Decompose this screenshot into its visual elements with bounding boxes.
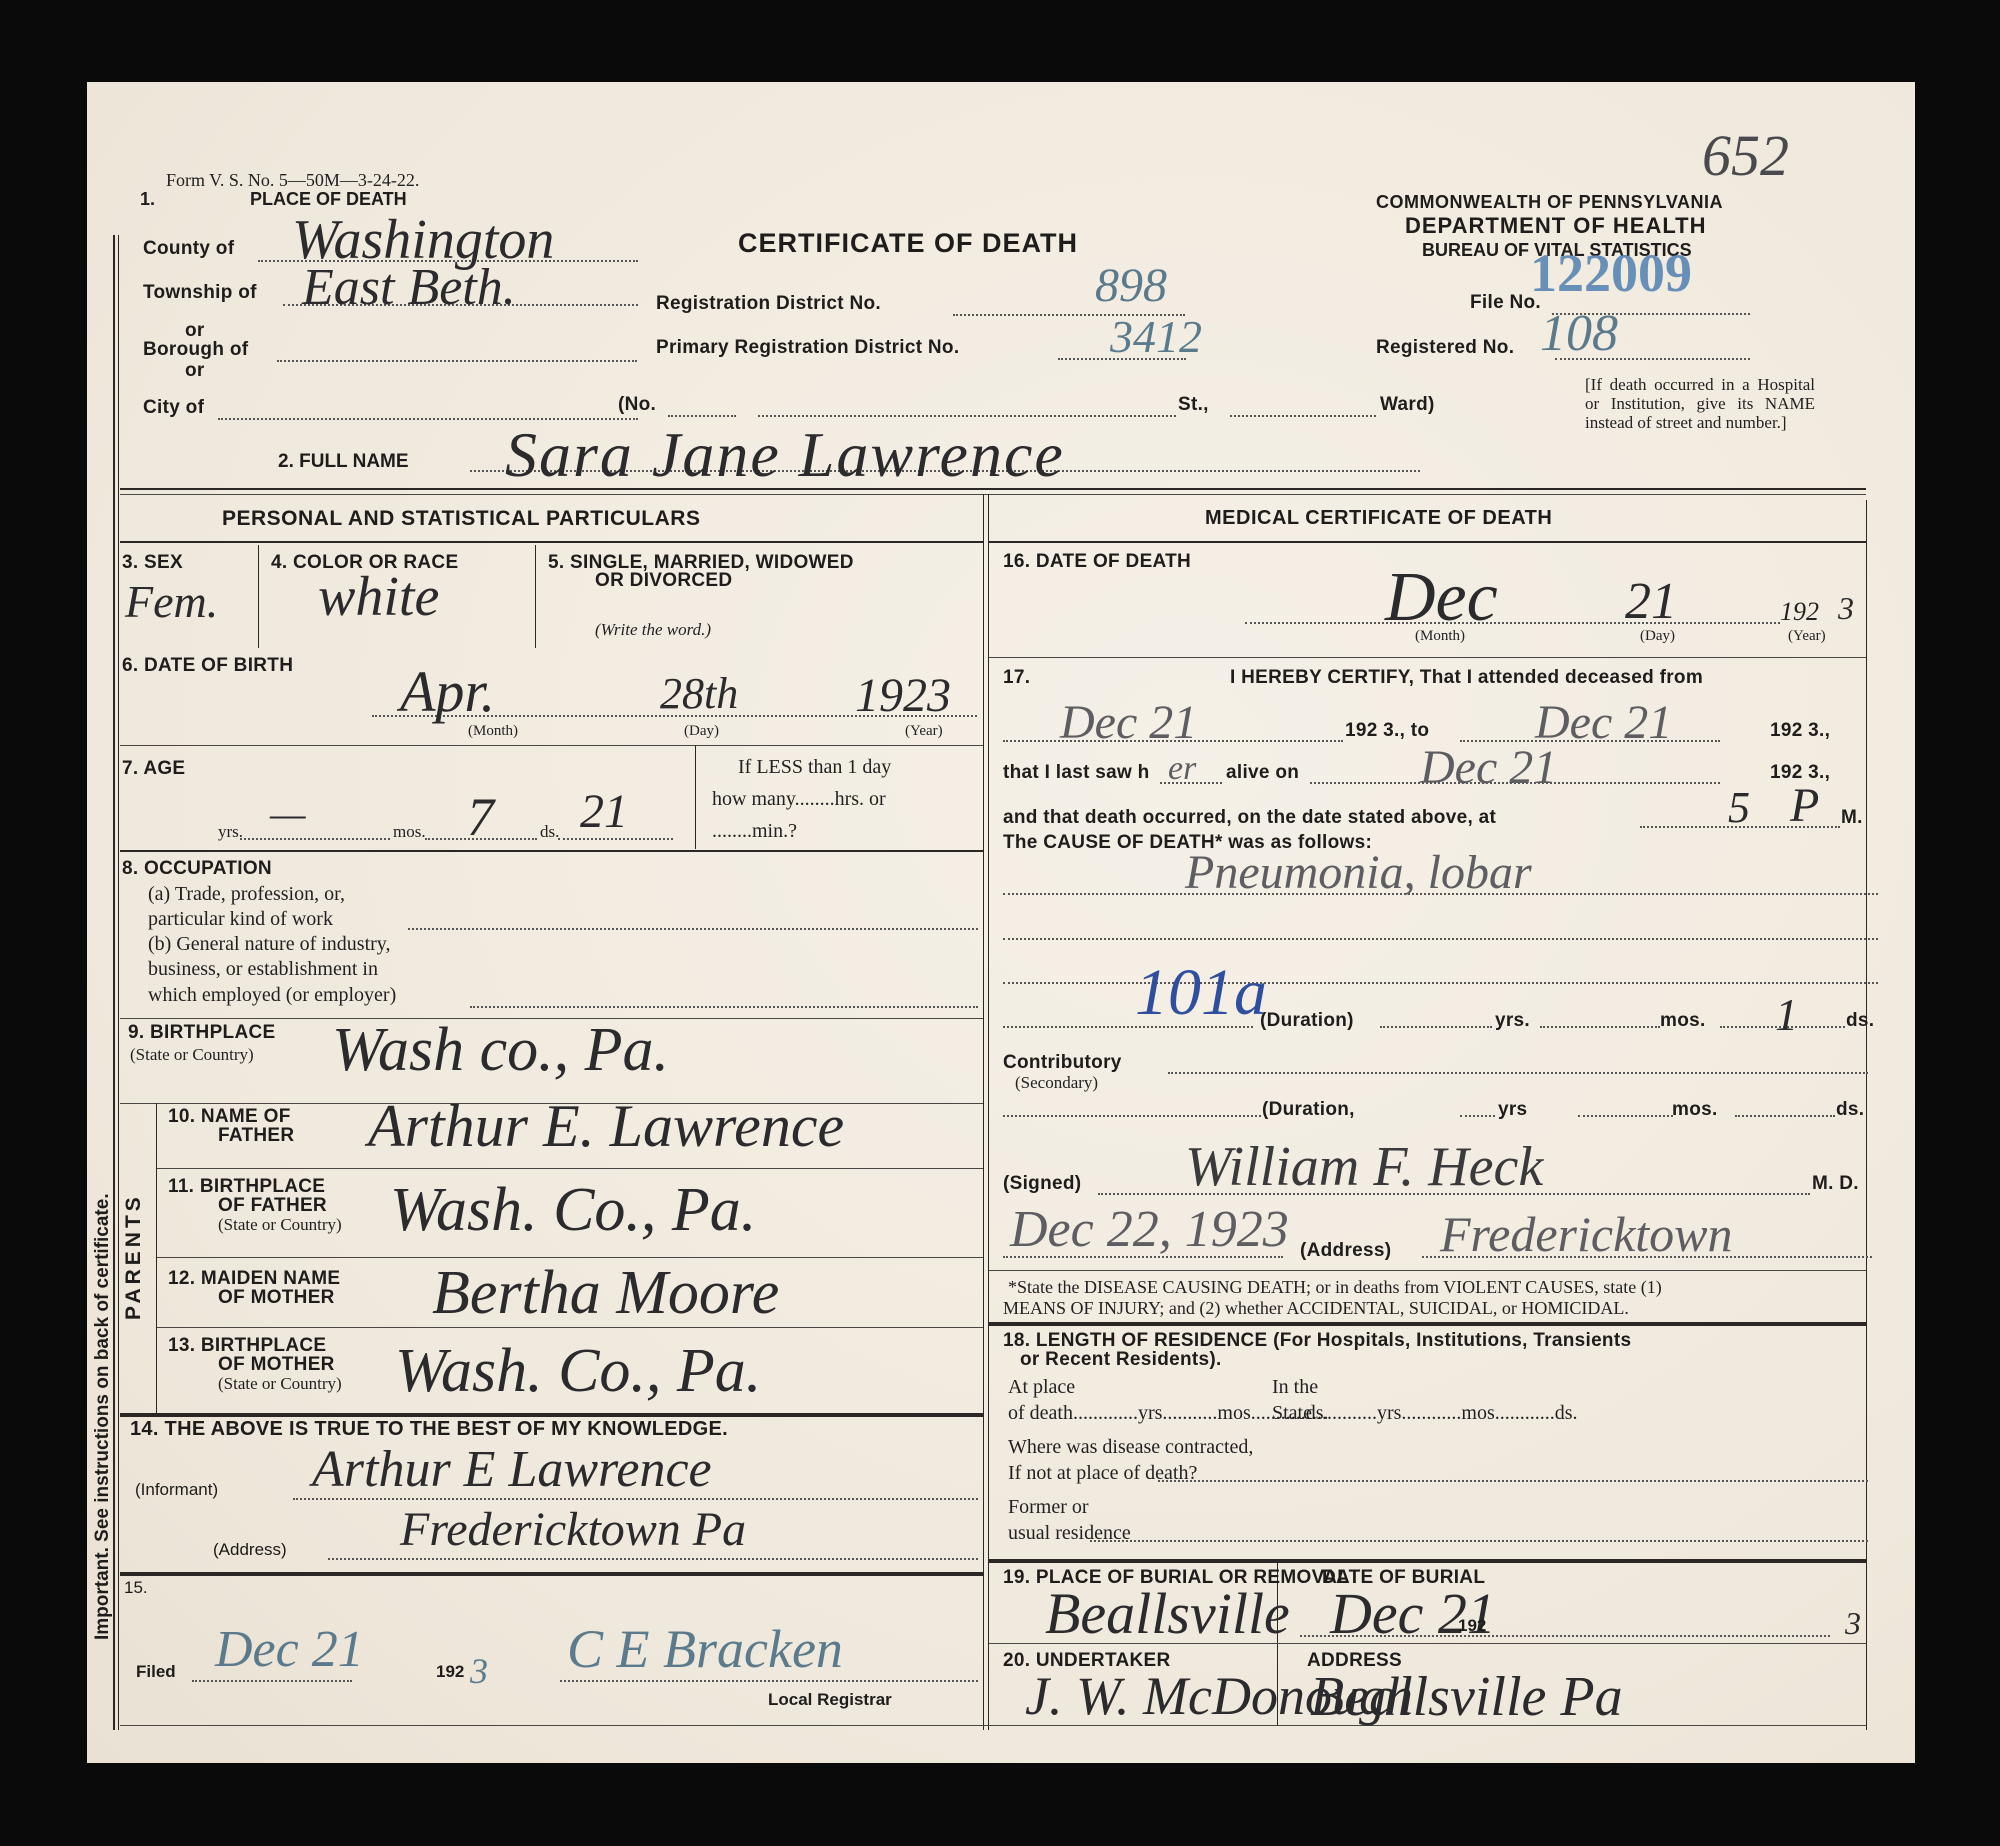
race-divider bbox=[535, 545, 536, 648]
less-than-day-text-1: If LESS than 1 day bbox=[738, 756, 891, 779]
hospital-note: [If death occurred in a Hospital or Inst… bbox=[1585, 375, 1815, 432]
sex-value[interactable]: Fem. bbox=[125, 575, 218, 628]
sign-address[interactable]: Fredericktown bbox=[1440, 1205, 1733, 1263]
age-ds-label: ds. bbox=[540, 822, 559, 842]
personal-heading-rule bbox=[120, 541, 983, 543]
cause-code: 101a bbox=[1135, 955, 1267, 1031]
age-divider bbox=[695, 745, 696, 849]
left-border-inner bbox=[118, 235, 119, 1730]
filed-date-value[interactable]: Dec 21 bbox=[215, 1620, 364, 1679]
in-state-label-2[interactable]: State.............yrs............mos....… bbox=[1272, 1402, 1578, 1425]
marital-label-2: OR DIVORCED bbox=[595, 570, 732, 592]
street-no-label: (No. bbox=[618, 394, 656, 416]
contributory-sub-label: (Secondary) bbox=[1015, 1073, 1098, 1093]
right-border bbox=[1866, 500, 1867, 1730]
father-name-rule bbox=[157, 1168, 983, 1169]
personal-heading: PERSONAL AND STATISTICAL PARTICULARS bbox=[222, 507, 700, 531]
age-mos-value[interactable]: 7 bbox=[467, 786, 494, 848]
age-yrs-line bbox=[240, 838, 390, 840]
contracted-field[interactable] bbox=[1158, 1480, 1868, 1482]
medical-heading-rule bbox=[989, 541, 1866, 543]
column-divider-2 bbox=[988, 494, 989, 1730]
death-time-hour[interactable]: 5 bbox=[1728, 782, 1750, 833]
contributory-label: Contributory bbox=[1003, 1052, 1122, 1074]
file-number-stamp: 122009 bbox=[1530, 242, 1692, 304]
parents-divider bbox=[156, 1103, 157, 1413]
page-number-annotation: 652 bbox=[1702, 122, 1789, 189]
informant-address-label: (Address) bbox=[213, 1540, 287, 1560]
burial-year-suffix[interactable]: 3 bbox=[1845, 1605, 1861, 1642]
full-name-label: 2. FULL NAME bbox=[278, 451, 409, 473]
duration-mos-line bbox=[1540, 1026, 1660, 1028]
filed-date-line bbox=[192, 1680, 352, 1682]
duration2-mos-line bbox=[1578, 1115, 1673, 1117]
former-residence-field[interactable] bbox=[1090, 1540, 1868, 1542]
occupation-industry-field[interactable] bbox=[470, 1006, 978, 1008]
former-residence-label-1: Former or bbox=[1008, 1496, 1089, 1519]
father-birthplace-value[interactable]: Wash. Co., Pa. bbox=[390, 1175, 756, 1246]
mother-name-value[interactable]: Bertha Moore bbox=[432, 1258, 779, 1329]
duration2-yrs-label: yrs bbox=[1498, 1099, 1527, 1121]
certify-text: I HEREBY CERTIFY, That I attended deceas… bbox=[1230, 667, 1703, 689]
filed-year-suffix[interactable]: 3 bbox=[470, 1650, 488, 1692]
age-ds-value[interactable]: 21 bbox=[580, 784, 628, 839]
age-yrs-value[interactable]: — bbox=[270, 790, 306, 837]
registrar-name[interactable]: C E Bracken bbox=[567, 1618, 843, 1680]
file-no-label: File No. bbox=[1470, 292, 1541, 314]
township-value[interactable]: East Beth. bbox=[302, 258, 516, 317]
sign-date[interactable]: Dec 22, 1923 bbox=[1010, 1200, 1289, 1259]
duration-ds-label: ds. bbox=[1846, 1010, 1874, 1032]
death-time-suffix: M. bbox=[1841, 807, 1863, 829]
street-label: St., bbox=[1178, 394, 1209, 416]
mother-birthplace-sub: (State or Country) bbox=[218, 1374, 342, 1394]
duration-label: (Duration) bbox=[1260, 1010, 1354, 1032]
informant-statement: 14. THE ABOVE IS TRUE TO THE BEST OF MY … bbox=[130, 1418, 728, 1441]
or-label-2: or bbox=[185, 360, 205, 382]
attended-from-value[interactable]: Dec 21 bbox=[1060, 695, 1197, 750]
last-saw-mid: alive on bbox=[1226, 762, 1299, 784]
primary-district-label: Primary Registration District No. bbox=[656, 337, 959, 359]
in-state-label-1: In the bbox=[1272, 1376, 1318, 1399]
occupation-b-label-3: which employed (or employer) bbox=[148, 984, 396, 1007]
header-divider-2 bbox=[120, 494, 1866, 495]
informant-address-line bbox=[328, 1558, 978, 1560]
occupation-b-label-2: business, or establishment in bbox=[148, 958, 378, 981]
registered-no-label: Registered No. bbox=[1376, 337, 1514, 359]
burial-place-value[interactable]: Beallsville bbox=[1045, 1580, 1290, 1647]
filed-year-prefix: 192 bbox=[436, 1662, 464, 1682]
dod-year-caption: (Year) bbox=[1788, 628, 1826, 645]
dob-month[interactable]: Apr. bbox=[400, 658, 495, 725]
birthplace-value[interactable]: Wash co., Pa. bbox=[332, 1015, 669, 1086]
duration-ds-value[interactable]: 1 bbox=[1775, 988, 1798, 1041]
age-mos-label: mos. bbox=[393, 822, 426, 842]
cause-value[interactable]: Pneumonia, lobar bbox=[1185, 845, 1532, 900]
duration2-label: (Duration, bbox=[1262, 1099, 1355, 1121]
signed-label: (Signed) bbox=[1003, 1173, 1081, 1195]
duration2-ds-line bbox=[1735, 1115, 1835, 1117]
contributory-field[interactable] bbox=[1168, 1072, 1868, 1074]
authority-line-1: COMMONWEALTH OF PENNSYLVANIA bbox=[1376, 192, 1723, 213]
duration-cause-line bbox=[1003, 1026, 1253, 1028]
duration2-mos-label: mos. bbox=[1672, 1099, 1718, 1121]
father-name-label-2: FATHER bbox=[218, 1125, 294, 1147]
header-divider bbox=[120, 488, 1866, 490]
borough-line[interactable] bbox=[277, 360, 637, 362]
dod-rule bbox=[989, 657, 1866, 658]
county-label: County of bbox=[143, 238, 234, 260]
contracted-label-1: Where was disease contracted, bbox=[1008, 1436, 1253, 1459]
death-time-period[interactable]: P bbox=[1790, 778, 1819, 833]
mother-birthplace-value[interactable]: Wash. Co., Pa. bbox=[395, 1336, 761, 1407]
medical-heading: MEDICAL CERTIFICATE OF DEATH bbox=[1205, 507, 1552, 530]
parents-side-label: PARENTS bbox=[122, 1193, 146, 1320]
less-than-day-text-3: ........min.? bbox=[712, 820, 797, 843]
ward-line[interactable] bbox=[1230, 415, 1376, 417]
authority-line-2: DEPARTMENT OF HEALTH bbox=[1405, 213, 1707, 239]
place-of-death-heading: PLACE OF DEATH bbox=[250, 189, 407, 210]
burial-year-prefix: 192 bbox=[1458, 1616, 1486, 1636]
sex-label: 3. SEX bbox=[122, 552, 183, 574]
item-17-number: 17. bbox=[1003, 667, 1030, 689]
registration-district-value[interactable]: 898 bbox=[1095, 258, 1167, 313]
occupation-trade-field[interactable] bbox=[408, 928, 978, 930]
full-name-value[interactable]: Sara Jane Lawrence bbox=[505, 418, 1065, 492]
street-line[interactable] bbox=[758, 415, 1176, 417]
signed-value[interactable]: William F. Heck bbox=[1185, 1135, 1543, 1199]
signature-rule bbox=[989, 1270, 1866, 1271]
footnote-line-2: MEANS OF INJURY; and (2) whether ACCIDEN… bbox=[1003, 1298, 1629, 1319]
last-saw-pronoun[interactable]: er bbox=[1168, 750, 1196, 788]
race-value[interactable]: white bbox=[318, 565, 439, 629]
street-no-line[interactable] bbox=[668, 415, 736, 417]
township-label: Township of bbox=[143, 282, 257, 304]
undertaker-address-value[interactable]: Beallsville Pa bbox=[1310, 1665, 1623, 1729]
birthplace-label: 9. BIRTHPLACE bbox=[128, 1022, 275, 1044]
dob-day-caption: (Day) bbox=[684, 723, 719, 740]
registration-district-label: Registration District No. bbox=[656, 293, 881, 315]
filing-item-number: 15. bbox=[124, 1578, 148, 1598]
footnote-rule bbox=[989, 1322, 1866, 1326]
side-margin-instructions: Important. See instructions on back of c… bbox=[92, 1193, 114, 1640]
residence-heading-2: or Recent Residents). bbox=[1020, 1349, 1222, 1371]
cause-line-2[interactable] bbox=[1003, 938, 1878, 940]
marital-hint: (Write the word.) bbox=[595, 620, 711, 640]
marital-value-field[interactable] bbox=[548, 605, 978, 607]
death-time-text: and that death occurred, on the date sta… bbox=[1003, 807, 1496, 829]
form-number: Form V. S. No. 5—50M—3-24-22. bbox=[166, 170, 419, 191]
filed-label: Filed bbox=[136, 1662, 176, 1682]
dob-year[interactable]: 1923 bbox=[855, 668, 951, 723]
dob-rule bbox=[120, 745, 983, 746]
mother-name-label-2: OF MOTHER bbox=[218, 1287, 335, 1309]
last-saw-date[interactable]: Dec 21 bbox=[1420, 740, 1557, 795]
last-saw-prefix: that I last saw h bbox=[1003, 762, 1150, 784]
registrar-label: Local Registrar bbox=[768, 1690, 892, 1710]
attended-from-year: 192 3., to bbox=[1345, 720, 1429, 742]
column-divider bbox=[983, 494, 984, 1730]
occupation-a-label-1: (a) Trade, profession, or, bbox=[148, 883, 345, 906]
dod-year-prefix: 192 bbox=[1780, 597, 1819, 627]
informant-rule bbox=[120, 1572, 983, 1576]
dod-month-caption: (Month) bbox=[1415, 628, 1465, 645]
father-name-value[interactable]: Arthur E. Lawrence bbox=[368, 1092, 844, 1161]
footnote-line-1: *State the DISEASE CAUSING DEATH; or in … bbox=[1008, 1277, 1662, 1298]
primary-district-value[interactable]: 3412 bbox=[1110, 310, 1202, 363]
registered-no-value[interactable]: 108 bbox=[1540, 304, 1618, 363]
duration-yrs-label: yrs. bbox=[1495, 1010, 1530, 1032]
birthplace-sub-label: (State or Country) bbox=[130, 1045, 254, 1065]
occupation-label: 8. OCCUPATION bbox=[122, 858, 272, 880]
ward-label: Ward) bbox=[1380, 394, 1435, 416]
duration-yrs-line bbox=[1380, 1026, 1492, 1028]
dod-month[interactable]: Dec bbox=[1385, 558, 1498, 638]
duration2-ds-label: ds. bbox=[1836, 1099, 1864, 1121]
mother-name-rule bbox=[157, 1327, 983, 1328]
dob-month-caption: (Month) bbox=[468, 723, 518, 740]
age-label: 7. AGE bbox=[122, 758, 185, 780]
dod-label: 16. DATE OF DEATH bbox=[1003, 551, 1191, 573]
occupation-a-label-2: particular kind of work bbox=[148, 908, 333, 931]
duration2-yrs-line bbox=[1460, 1115, 1495, 1117]
dod-day-caption: (Day) bbox=[1640, 628, 1675, 645]
informant-address-value[interactable]: Fredericktown Pa bbox=[400, 1502, 746, 1557]
mother-birthplace-label-2: OF MOTHER bbox=[218, 1354, 335, 1376]
dob-day[interactable]: 28th bbox=[660, 668, 738, 719]
sex-divider bbox=[258, 545, 259, 648]
borough-label: Borough of bbox=[143, 339, 248, 361]
at-place-label-1: At place bbox=[1008, 1376, 1075, 1399]
burial-rule bbox=[989, 1643, 1866, 1644]
dod-year-suffix[interactable]: 3 bbox=[1838, 590, 1854, 627]
burial-date-value[interactable]: Dec 21 bbox=[1330, 1580, 1496, 1647]
informant-value[interactable]: Arthur E Lawrence bbox=[312, 1440, 712, 1499]
sign-address-label: (Address) bbox=[1300, 1240, 1391, 1262]
father-birthplace-sub: (State or Country) bbox=[218, 1215, 342, 1235]
dob-label: 6. DATE OF BIRTH bbox=[122, 655, 293, 677]
father-birthplace-label-2: OF FATHER bbox=[218, 1195, 327, 1217]
contributory-duration-line bbox=[1003, 1115, 1261, 1117]
age-rule bbox=[120, 850, 983, 852]
informant-label: (Informant) bbox=[135, 1480, 218, 1500]
parents-rule bbox=[120, 1413, 983, 1417]
certificate-paper bbox=[87, 82, 1915, 1763]
certificate-title: CERTIFICATE OF DEATH bbox=[738, 228, 1078, 259]
dob-year-caption: (Year) bbox=[905, 723, 943, 740]
city-label: City of bbox=[143, 397, 204, 419]
duration-mos-label: mos. bbox=[1660, 1010, 1706, 1032]
attended-to-year: 192 3., bbox=[1770, 720, 1830, 742]
registrar-line bbox=[560, 1680, 978, 1682]
md-label: M. D. bbox=[1812, 1173, 1859, 1195]
less-than-day-text-2: how many........hrs. or bbox=[712, 788, 886, 811]
dod-line bbox=[1245, 622, 1780, 624]
residence-rule bbox=[989, 1559, 1866, 1563]
item-1-number: 1. bbox=[140, 189, 155, 210]
occupation-b-label-1: (b) General nature of industry, bbox=[148, 933, 391, 956]
dod-day[interactable]: 21 bbox=[1625, 572, 1677, 631]
